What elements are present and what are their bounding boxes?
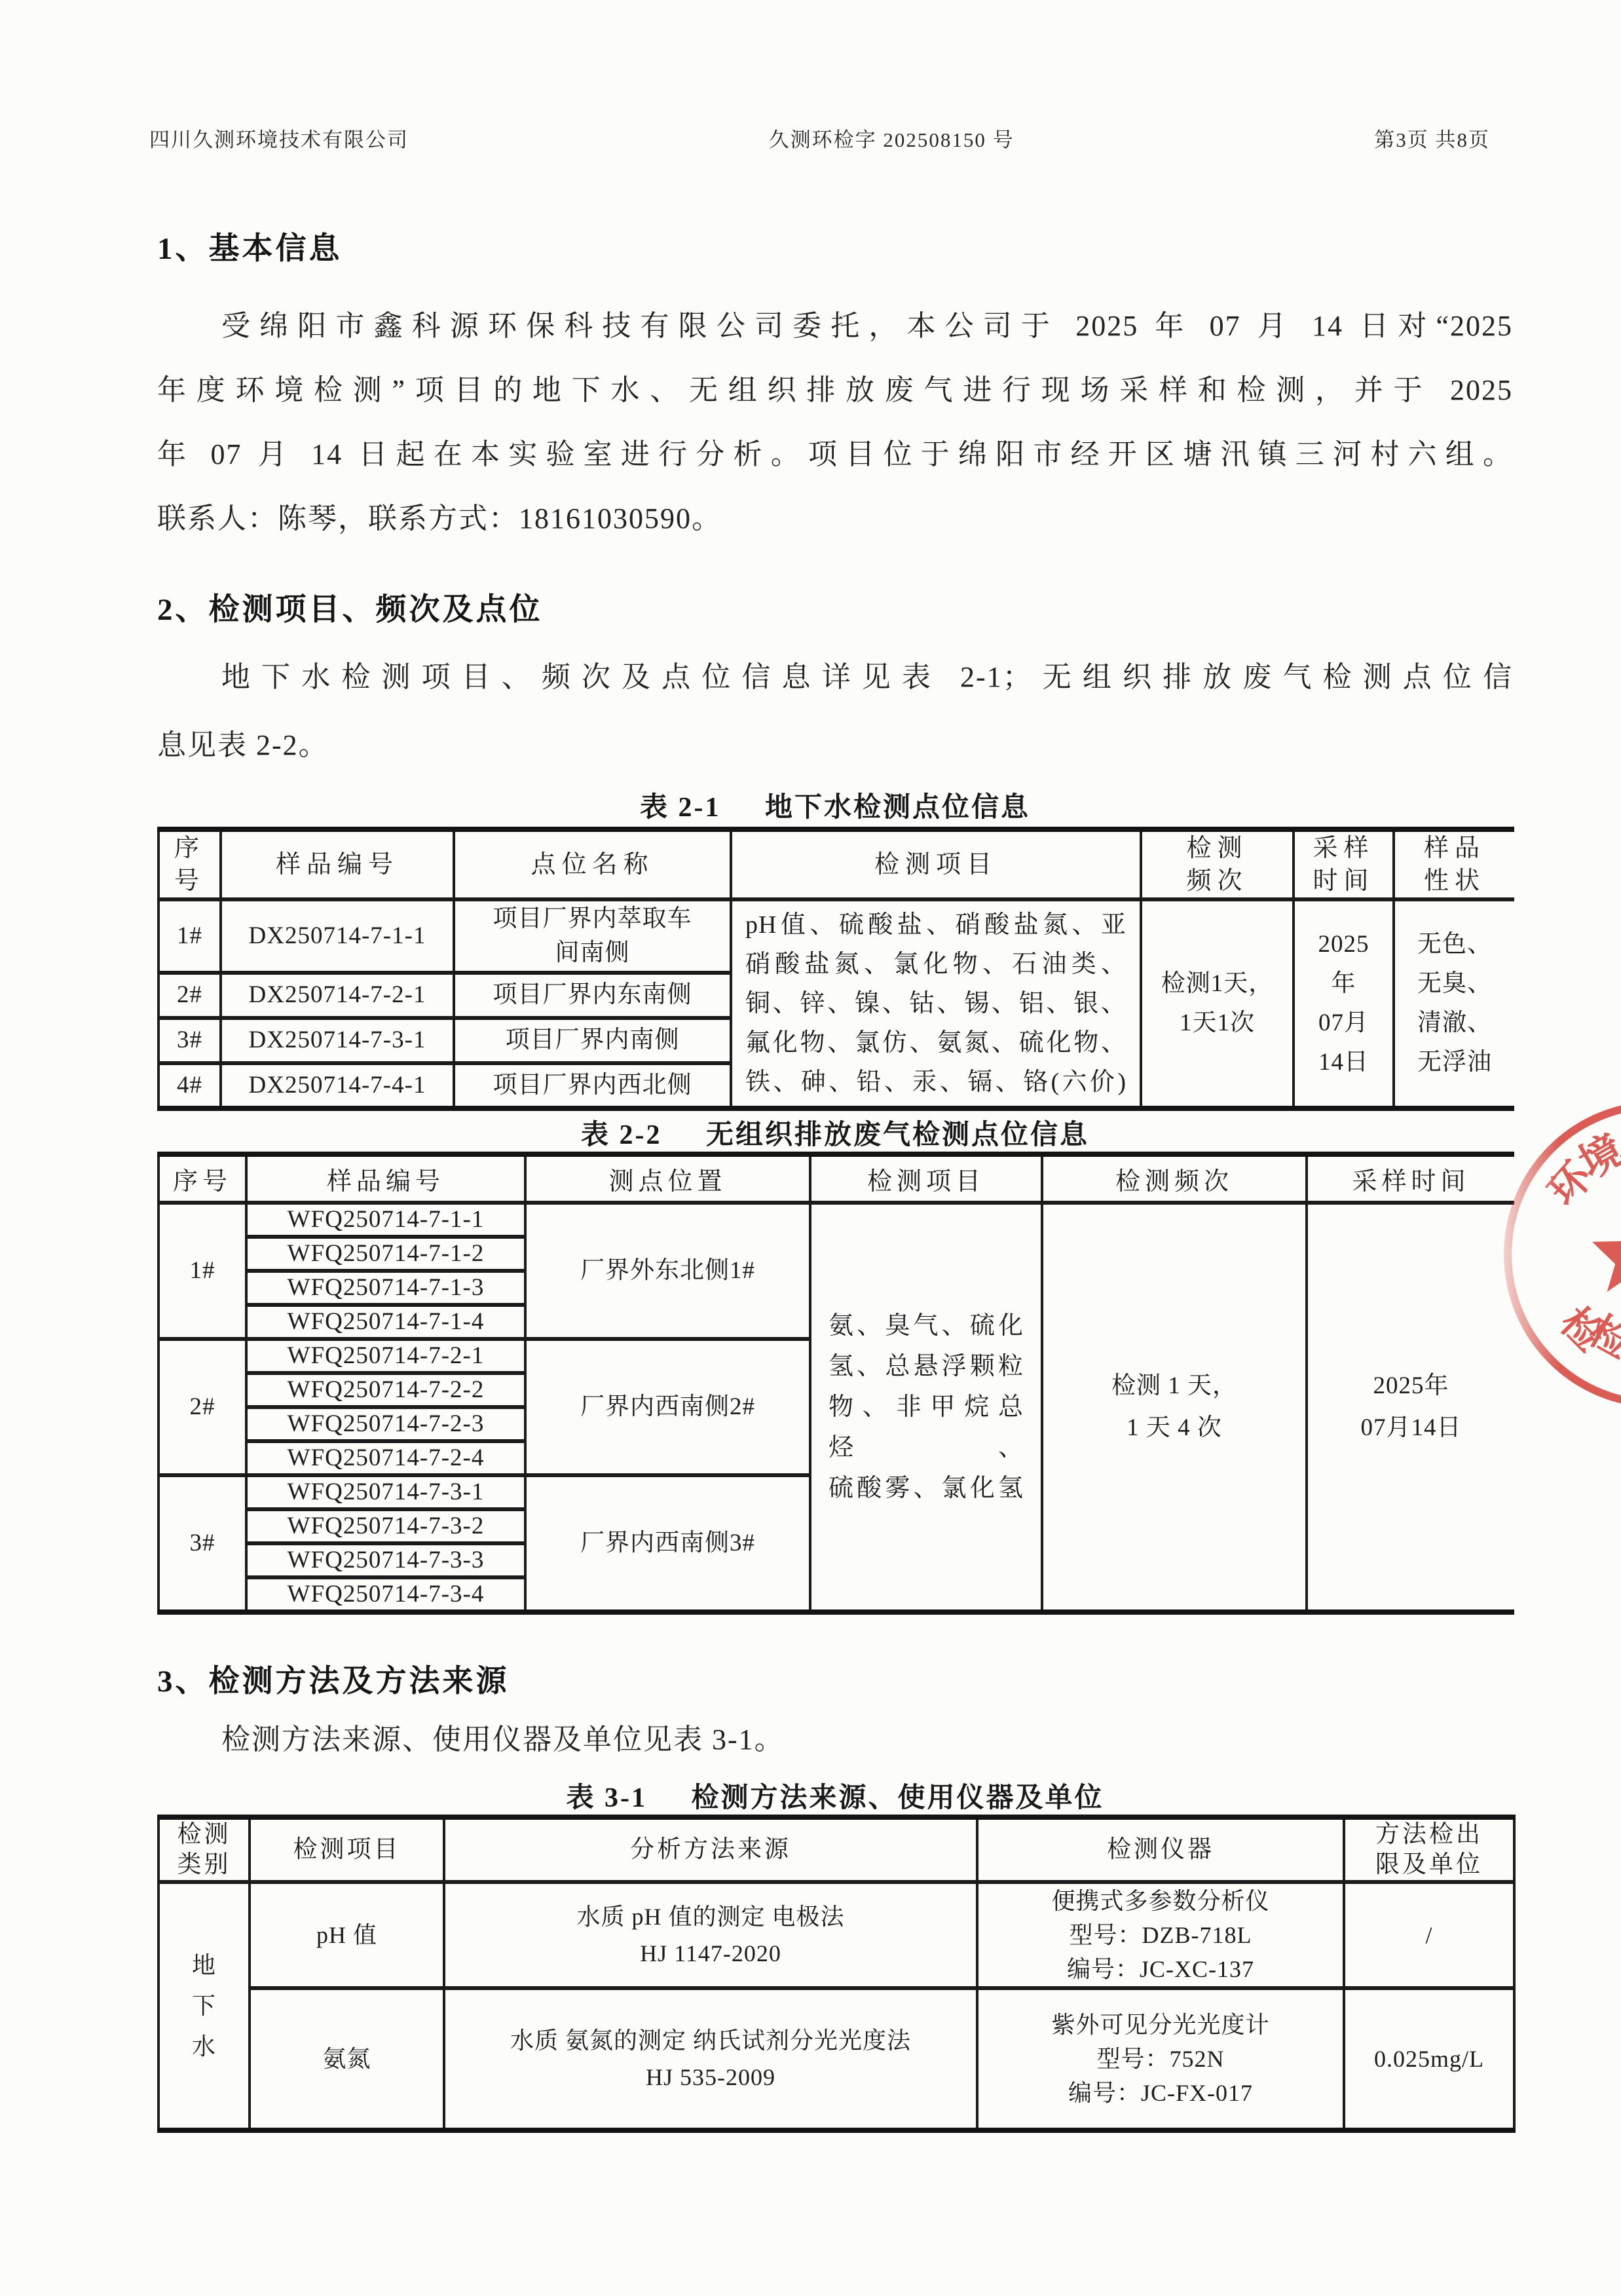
col-header-time: 采样时间 [1307, 1154, 1514, 1203]
table-header-row: 检测 类别 检测项目 分析方法来源 检测仪器 方法检出 限及单位 [158, 1817, 1514, 1882]
cell-item: pH 值 [250, 1882, 444, 1988]
cell-sample-code: WFQ250714-7-2-2 [246, 1373, 525, 1407]
table-row: 氨氮 水质 氨氮的测定 纳氏试剂分光光度法 HJ 535-2009 紫外可见分光… [158, 1988, 1514, 2130]
cell-seq: 1# [158, 1203, 246, 1339]
paragraph-line: 年 07 月 14 日起在本实验室进行分析。项目位于绵阳市经开区塘汛镇三河村六组… [157, 423, 1513, 487]
table-header-row: 序号 样品编号 测点位置 检测项目 检测频次 采样时间 [158, 1154, 1514, 1203]
cell-test-items: pH值、硫酸盐、硝酸盐氮、亚 硝酸盐氮、氯化物、石油类、 铜、锌、镍、钴、锡、铝… [731, 899, 1141, 1108]
cell-sample-code: DX250714-7-2-1 [221, 973, 454, 1018]
fugitive-gas-points-table: 序号 样品编号 测点位置 检测项目 检测频次 采样时间 1# WFQ250714… [157, 1152, 1514, 1615]
cell-sample-code: WFQ250714-7-2-4 [246, 1441, 525, 1475]
cell-point-pos: 厂界外东北侧1# [525, 1203, 810, 1339]
cell-sample-character: 无色、 无臭、 清澈、 无浮油 [1394, 899, 1514, 1108]
cell-limit: 0.025mg/L [1344, 1988, 1514, 2130]
cell-point-pos: 厂界内西南侧2# [525, 1339, 810, 1475]
section1-paragraph: 受绵阳市鑫科源环保科技有限公司委托，本公司于 2025 年 07 月 14 日对… [157, 294, 1513, 551]
cell-point-name: 项目厂界内萃取车 间南侧 [454, 899, 731, 973]
table22-caption-title: 无组织排放废气检测点位信息 [706, 1120, 1089, 1150]
cell-sample-code: WFQ250714-7-3-2 [246, 1509, 525, 1543]
cell-sampling-time: 2025年 07月14日 [1307, 1203, 1514, 1612]
cell-sample-code: WFQ250714-7-3-1 [246, 1475, 525, 1509]
table21-caption-label: 表 2-1 [640, 793, 721, 823]
col-header-seq: 序号 [158, 1154, 246, 1203]
col-header-items: 检测项目 [810, 1154, 1042, 1203]
col-header-category: 检测 类别 [158, 1817, 250, 1882]
col-header-seq: 序 号 [158, 829, 221, 899]
cell-seq: 4# [158, 1063, 221, 1108]
cell-point-name: 项目厂界内南侧 [454, 1018, 731, 1063]
cell-seq: 2# [158, 973, 221, 1018]
section2-paragraph: 地下水检测项目、频次及点位信息详见表 2-1；无组织排放废气检测点位信 息见表 … [157, 643, 1513, 780]
table21-caption: 表 2-1 地下水检测点位信息 [157, 789, 1513, 827]
table31-caption: 表 3-1 检测方法来源、使用仪器及单位 [157, 1782, 1513, 1815]
cell-seq: 1# [158, 899, 221, 973]
document-body: 1、基本信息 受绵阳市鑫科源环保科技有限公司委托，本公司于 2025 年 07 … [157, 147, 1513, 2133]
cell-item: 氨氮 [250, 1988, 444, 2130]
cell-method: 水质 pH 值的测定 电极法 HJ 1147-2020 [444, 1882, 977, 1988]
seal-arc-char: 环 [1540, 1154, 1601, 1214]
seal-arc-char: 检 [1581, 1308, 1621, 1366]
methods-instruments-table: 检测 类别 检测项目 分析方法来源 检测仪器 方法检出 限及单位 地下水 pH … [157, 1815, 1516, 2133]
cell-sample-code: WFQ250714-7-1-2 [246, 1237, 525, 1271]
col-header-sample-code: 样品编号 [221, 829, 454, 899]
cell-sample-code: WFQ250714-7-2-3 [246, 1407, 525, 1441]
table22-caption: 表 2-2 无组织排放废气检测点位信息 [157, 1119, 1513, 1152]
col-header-items: 检测项目 [731, 829, 1141, 899]
table22-caption-label: 表 2-2 [581, 1120, 662, 1150]
cell-sampling-time: 2025 年 07月 14日 [1294, 899, 1394, 1108]
cell-sample-code: WFQ250714-7-3-4 [246, 1577, 525, 1612]
table-header-row: 序 号 样品编号 点位名称 检测项目 检测 频次 采样 时间 样品 性状 [158, 829, 1514, 899]
col-header-method-source: 分析方法来源 [444, 1817, 977, 1882]
seal-circle [1508, 1105, 1621, 1404]
table-row: 1# WFQ250714-7-1-1 厂界外东北侧1# 氨、臭气、硫化 氢、总悬… [158, 1203, 1514, 1237]
cell-sample-code: WFQ250714-7-1-1 [246, 1203, 525, 1237]
col-header-frequency: 检测频次 [1042, 1154, 1307, 1203]
col-header-item: 检测项目 [250, 1817, 444, 1882]
section3-paragraph: 检测方法来源、使用仪器及单位见表 3-1。 [157, 1708, 1513, 1771]
cell-category: 地下水 [158, 1882, 250, 2130]
col-header-character: 样品 性状 [1394, 829, 1514, 899]
cell-sample-code: WFQ250714-7-1-3 [246, 1271, 525, 1305]
cell-seq: 3# [158, 1475, 246, 1612]
cell-seq: 2# [158, 1339, 246, 1475]
col-header-frequency: 检测 频次 [1141, 829, 1294, 899]
paragraph-line: 地下水检测项目、频次及点位信息详见表 2-1；无组织排放废气检测点位信 [157, 643, 1513, 711]
col-header-limit: 方法检出 限及单位 [1344, 1817, 1514, 1882]
cell-instrument: 便携式多参数分析仪 型号：DZB-718L 编号：JC-XC-137 [977, 1882, 1344, 1988]
table31-caption-title: 检测方法来源、使用仪器及单位 [691, 1783, 1104, 1813]
paragraph-line: 联系人：陈琴，联系方式：18161030590。 [157, 487, 1513, 551]
col-header-instrument: 检测仪器 [977, 1817, 1344, 1882]
cell-method: 水质 氨氮的测定 纳氏试剂分光光度法 HJ 535-2009 [444, 1988, 977, 2130]
cell-instrument: 紫外可见分光光度计 型号：752N 编号：JC-FX-017 [977, 1988, 1344, 2130]
cell-seq: 3# [158, 1018, 221, 1063]
cell-frequency: 检测 1 天， 1 天 4 次 [1042, 1203, 1307, 1612]
section2-title: 2、检测项目、频次及点位 [157, 585, 1513, 629]
seal-arc-char: 检 [1552, 1299, 1612, 1360]
cell-frequency: 检测1天， 1天1次 [1141, 899, 1294, 1108]
report-page: 四川久测环境技术有限公司 久测环检字 202508150 号 第3页 共8页 1… [0, 0, 1621, 2296]
cell-test-items: 氨、臭气、硫化 氢、总悬浮颗粒 物、非甲烷总烃、 硫酸雾、氯化氢 [810, 1203, 1042, 1612]
cell-sample-code: DX250714-7-1-1 [221, 899, 454, 973]
paragraph-line: 息见表 2-2。 [157, 711, 1513, 780]
cell-point-name: 项目厂界内东南侧 [454, 973, 731, 1018]
cell-sample-code: WFQ250714-7-1-4 [246, 1305, 525, 1339]
col-header-point-pos: 测点位置 [525, 1154, 810, 1203]
cell-sample-code: DX250714-7-4-1 [221, 1063, 454, 1108]
col-header-sample-code: 样品编号 [246, 1154, 525, 1203]
cell-point-pos: 厂界内西南侧3# [525, 1475, 810, 1612]
section3-title: 3、检测方法及方法来源 [157, 1657, 1513, 1701]
table-row: 1# DX250714-7-1-1 项目厂界内萃取车 间南侧 pH值、硫酸盐、硝… [158, 899, 1514, 973]
paragraph-line: 年度环境检测”项目的地下水、无组织排放废气进行现场采样和检测，并于 2025 [157, 358, 1513, 423]
table-row: 地下水 pH 值 水质 pH 值的测定 电极法 HJ 1147-2020 便携式… [158, 1882, 1514, 1988]
groundwater-points-table: 序 号 样品编号 点位名称 检测项目 检测 频次 采样 时间 样品 性状 1# … [157, 827, 1514, 1111]
cell-limit: / [1344, 1882, 1514, 1988]
table21-caption-title: 地下水检测点位信息 [765, 793, 1030, 823]
cell-point-name: 项目厂界内西北侧 [454, 1063, 731, 1108]
col-header-point-name: 点位名称 [454, 829, 731, 899]
table31-caption-label: 表 3-1 [566, 1783, 647, 1813]
paragraph-line: 检测方法来源、使用仪器及单位见表 3-1。 [157, 1708, 1513, 1771]
seal-arc-char: 境 [1572, 1126, 1621, 1187]
paragraph-line: 受绵阳市鑫科源环保科技有限公司委托，本公司于 2025 年 07 月 14 日对… [157, 294, 1513, 358]
cell-sample-code: WFQ250714-7-2-1 [246, 1339, 525, 1373]
cell-sample-code: WFQ250714-7-3-3 [246, 1543, 525, 1577]
star-icon [1592, 1218, 1621, 1292]
col-header-time: 采样 时间 [1294, 829, 1394, 899]
section1-title: 1、基本信息 [157, 224, 1513, 268]
cell-sample-code: DX250714-7-3-1 [221, 1018, 454, 1063]
